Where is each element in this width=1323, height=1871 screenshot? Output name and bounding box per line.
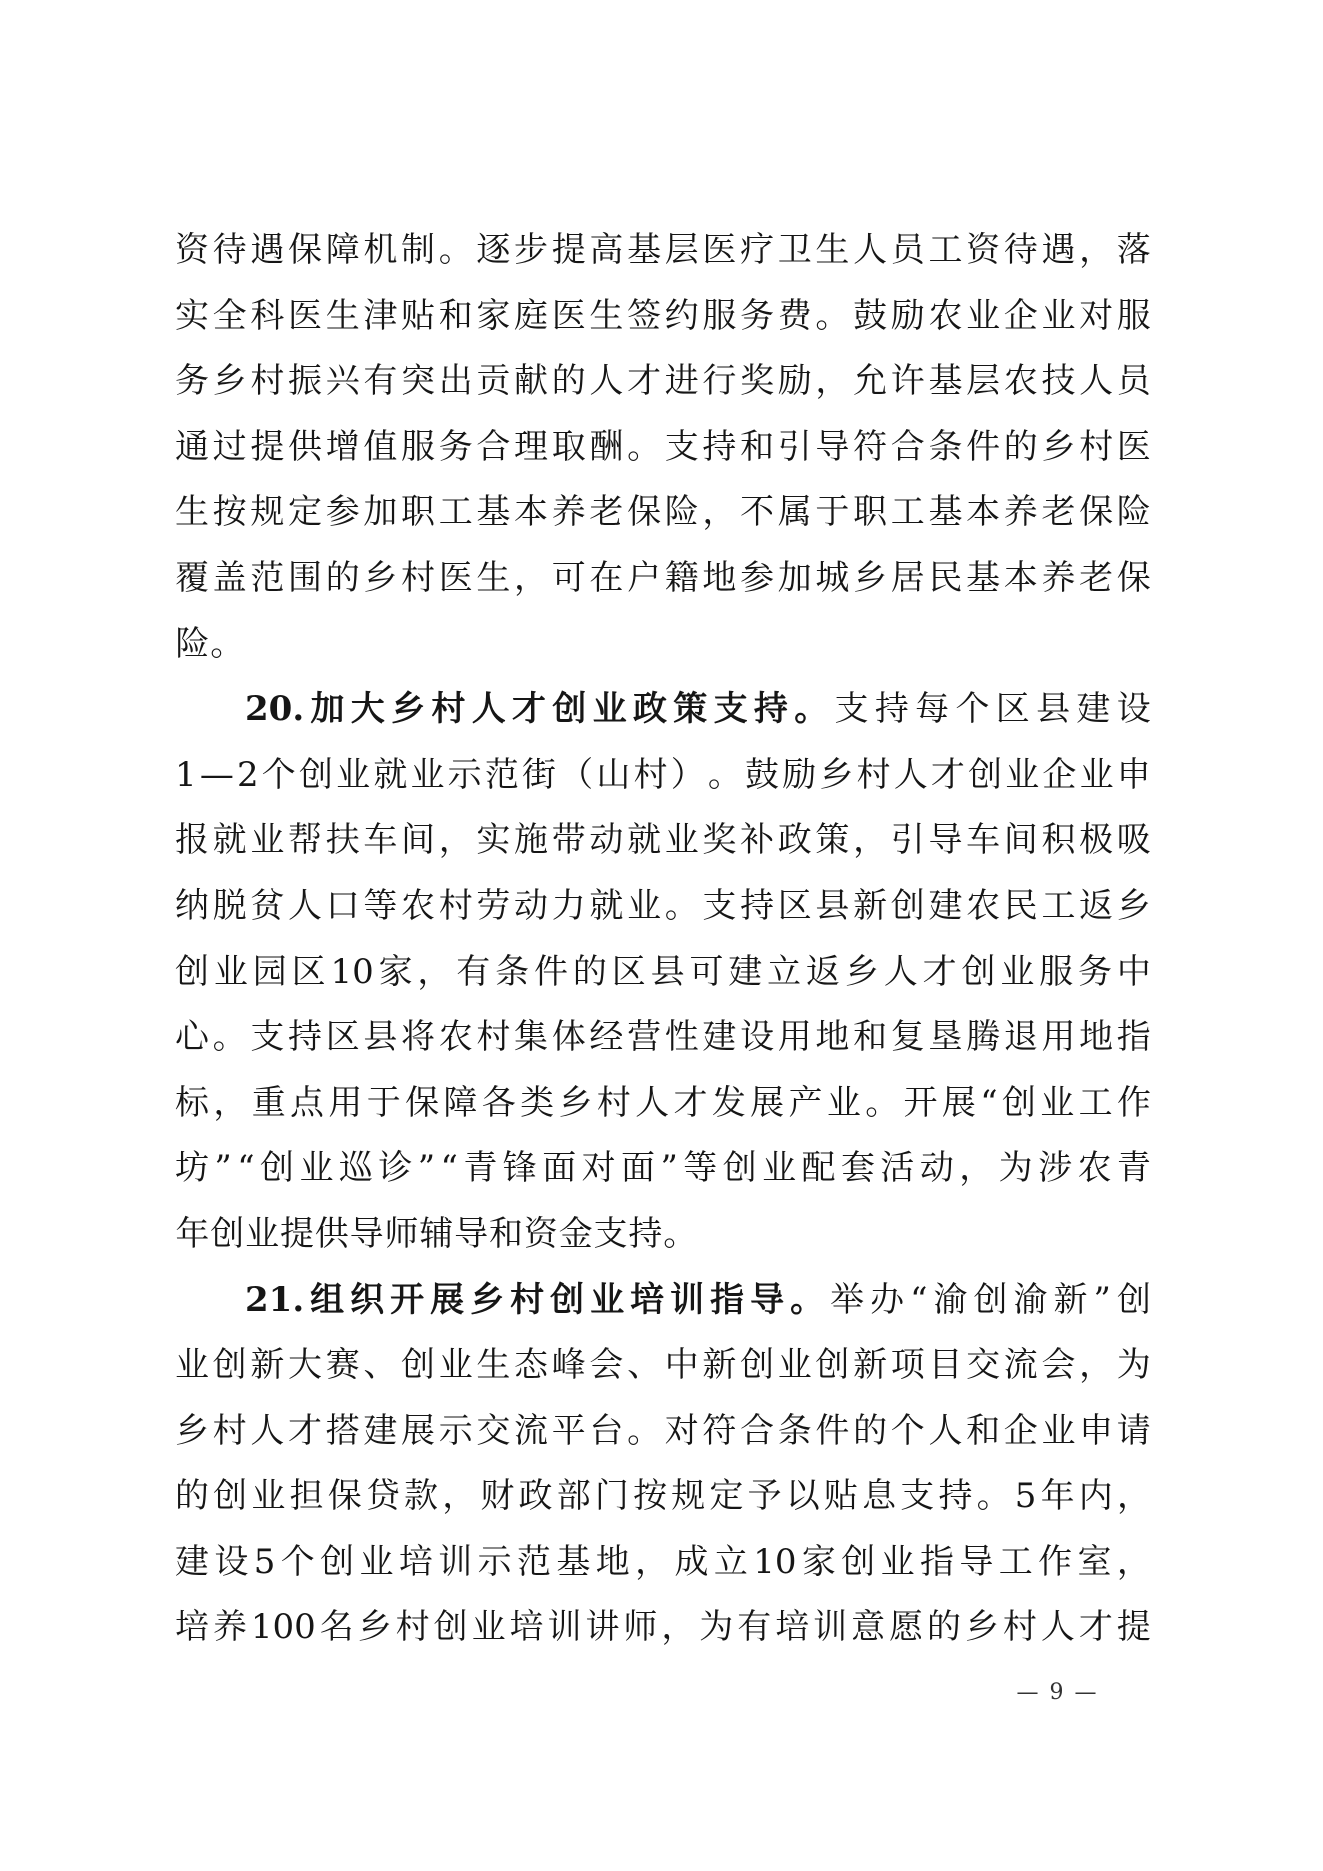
text-glyph: 个: [262, 743, 296, 809]
text-line: 1—2个创业就业示范街（山村）。鼓励乡村人才创业企业申: [175, 743, 1151, 809]
text-glyph: 村: [213, 1399, 247, 1465]
text-glyph: 员: [891, 218, 925, 284]
text-glyph: 指: [1117, 1005, 1151, 1071]
text-glyph: 创: [974, 1268, 1008, 1334]
text-glyph: 生: [476, 546, 510, 612]
text-line: 培养100名乡村创业培训讲师，为有培训意愿的乡村人才提: [175, 1595, 1151, 1661]
text-glyph: 成: [675, 1530, 709, 1596]
text-glyph: 对: [1079, 284, 1113, 350]
text-glyph: 为: [699, 1595, 733, 1661]
text-glyph: 补: [740, 808, 774, 874]
text-glyph: 定: [288, 480, 322, 546]
text-line: 报就业帮扶车间，实施带动就业奖补政策，引导车间积极吸: [175, 808, 1151, 874]
section-heading-glyph: 村: [510, 1268, 544, 1334]
text-glyph: 村: [476, 1005, 510, 1071]
section-heading-glyph: 指: [710, 1268, 744, 1334]
text-glyph: 讲: [585, 1595, 619, 1661]
text-glyph: 生: [476, 1333, 510, 1399]
section-heading-glyph: 人: [472, 677, 506, 743]
text-glyph: ，: [959, 1136, 993, 1202]
text-glyph: 中: [1117, 940, 1151, 1006]
text-glyph: 才: [923, 940, 957, 1006]
text-glyph: 5: [1015, 1464, 1037, 1530]
text-glyph: 待: [1004, 218, 1038, 284]
text-glyph: 贡: [476, 349, 510, 415]
section-heading-glyph: 创: [550, 1268, 584, 1334]
text-glyph: 峰: [552, 1333, 586, 1399]
text-glyph: 务: [439, 415, 473, 481]
text-glyph: 于: [815, 480, 849, 546]
text-line: 建设5个创业培训示范基地，成立10家创业指导工作室，: [175, 1530, 1151, 1596]
text-glyph: 按: [633, 1464, 667, 1530]
text-glyph: 理: [514, 415, 548, 481]
text-glyph: 区: [326, 1005, 360, 1071]
text-glyph: 。: [213, 1005, 247, 1071]
text-glyph: 县: [815, 874, 849, 940]
text-glyph: 部: [557, 1464, 591, 1530]
text-glyph: 允: [853, 349, 887, 415]
text-glyph: 帮: [288, 808, 322, 874]
text-glyph: 乡: [965, 1595, 999, 1661]
text-glyph: 创: [401, 1333, 435, 1399]
text-glyph: 展: [750, 1071, 784, 1137]
text-glyph: 业: [1000, 940, 1034, 1006]
text-glyph: 制: [401, 218, 435, 284]
text-glyph: 政: [778, 808, 812, 874]
text-glyph: 技: [1041, 349, 1075, 415]
text-glyph: ，: [1079, 218, 1113, 284]
text-glyph: 人: [1041, 1595, 1075, 1661]
text-glyph: 业: [250, 808, 284, 874]
document-page: 资待遇保障机制。逐步提高基层医疗卫生人员工资待遇，落实全科医生津贴和家庭医生签约…: [0, 0, 1323, 1871]
text-glyph: 力: [552, 874, 586, 940]
text-glyph: 资: [966, 218, 1000, 284]
text-glyph: 门: [595, 1464, 629, 1530]
text-glyph: 山: [596, 743, 630, 809]
text-glyph: ）: [671, 743, 705, 809]
text-glyph: 创: [434, 1595, 468, 1661]
text-glyph: 对: [582, 1136, 616, 1202]
text-glyph: 医: [702, 218, 736, 284]
text-glyph: 园: [253, 940, 287, 1006]
text-glyph: 通: [175, 415, 209, 481]
text-glyph: 培: [510, 1595, 544, 1661]
text-glyph: 5: [254, 1530, 276, 1596]
text-glyph: 将: [401, 1005, 435, 1071]
text-glyph: 服: [702, 284, 736, 350]
text-glyph: 工: [1041, 874, 1075, 940]
text-glyph: 室: [1078, 1530, 1112, 1596]
text-glyph: 指: [920, 1530, 954, 1596]
text-glyph: 突: [401, 349, 435, 415]
text-glyph: 款: [404, 1464, 438, 1530]
text-glyph: 。: [439, 218, 473, 284]
text-glyph: 供: [288, 415, 322, 481]
text-glyph: 合: [476, 415, 510, 481]
text-glyph: 符: [853, 415, 887, 481]
text-glyph: 乡: [358, 1595, 392, 1661]
text-glyph: 科: [250, 284, 284, 350]
text-glyph: 工: [999, 1530, 1033, 1596]
text-glyph: 可: [689, 940, 723, 1006]
text-glyph: 生: [175, 480, 209, 546]
text-glyph: 条: [778, 1399, 812, 1465]
text-glyph: 值: [363, 415, 397, 481]
text-glyph: 卫: [778, 218, 812, 284]
text-glyph: 10: [330, 940, 373, 1006]
text-glyph: 养: [552, 480, 586, 546]
text-glyph: 农: [1004, 349, 1038, 415]
text-glyph: 定: [709, 1464, 743, 1530]
text-glyph: 障: [443, 1071, 477, 1137]
text-glyph: 老: [589, 480, 623, 546]
text-line: 业创新大赛、创业生态峰会、中新创业创新项目交流会，为: [175, 1333, 1151, 1399]
text-glyph: 业: [827, 1071, 861, 1137]
text-glyph: 新: [250, 1333, 284, 1399]
text-glyph: 城: [815, 546, 849, 612]
text-glyph: 就: [373, 743, 407, 809]
text-glyph: 。: [663, 1202, 698, 1268]
text-glyph: 新: [853, 874, 887, 940]
text-glyph: 业: [778, 1333, 812, 1399]
text-glyph: ，: [1079, 1333, 1113, 1399]
text-glyph: 性: [665, 1005, 699, 1071]
text-glyph: 增: [326, 415, 360, 481]
text-glyph: 于: [367, 1071, 401, 1137]
text-glyph: 职: [853, 480, 887, 546]
text-glyph: 劳: [476, 874, 510, 940]
text-glyph: 加: [778, 546, 812, 612]
text-glyph: 、: [627, 1333, 661, 1399]
text-glyph: 鼓: [853, 284, 887, 350]
text-glyph: 户: [627, 546, 661, 612]
text-glyph: 创: [1117, 1268, 1151, 1334]
text-glyph: 贫: [250, 874, 284, 940]
text-glyph: 10: [753, 1530, 796, 1596]
text-glyph: 业: [966, 284, 1000, 350]
text-glyph: 励: [782, 743, 816, 809]
text-glyph: 为: [999, 1136, 1033, 1202]
text-glyph: 支: [835, 677, 869, 743]
text-glyph: 100: [251, 1595, 316, 1661]
text-line: 坊”“创业巡诊”“青锋面对面”等创业配套活动，为涉农青: [175, 1136, 1151, 1202]
text-glyph: 建: [928, 874, 962, 940]
text-glyph: 村: [396, 1595, 430, 1661]
text-glyph: 的: [326, 546, 360, 612]
text-glyph: 企: [1042, 743, 1076, 809]
text-glyph: 流: [514, 1399, 548, 1465]
text-glyph: 面: [542, 1136, 576, 1202]
text-line: 乡村人才搭建展示交流平台。对符合条件的个人和企业申请: [175, 1399, 1151, 1465]
text-glyph: 贴: [824, 1464, 858, 1530]
text-glyph: 办: [870, 1268, 904, 1334]
text-glyph: 业: [360, 1530, 394, 1596]
text-glyph: 可: [552, 546, 586, 612]
text-glyph: 点: [290, 1071, 324, 1137]
text-glyph: 持: [875, 677, 909, 743]
text-glyph: 创: [210, 1202, 245, 1268]
text-glyph: 持: [938, 1464, 972, 1530]
text-glyph: 工: [891, 480, 925, 546]
text-glyph: 规: [671, 1464, 705, 1530]
text-glyph: 人: [288, 874, 322, 940]
section-heading-glyph: 组: [310, 1268, 344, 1334]
text-glyph: 不: [740, 480, 774, 546]
text-glyph: 业: [1040, 1071, 1074, 1137]
text-glyph: 涉: [1038, 1136, 1072, 1202]
text-glyph: 作: [1117, 1071, 1151, 1137]
text-glyph: 的: [853, 1399, 887, 1465]
text-glyph: 条: [928, 415, 962, 481]
text-glyph: 培: [399, 1530, 433, 1596]
text-glyph: 赛: [326, 1333, 360, 1399]
text-glyph: 财: [480, 1464, 514, 1530]
text-glyph: 才: [931, 743, 965, 809]
text-glyph: 个: [955, 677, 989, 743]
text-glyph: 的: [552, 349, 586, 415]
text-glyph: 的: [1004, 415, 1038, 481]
text-glyph: 励: [891, 284, 925, 350]
text-glyph: 签: [627, 284, 661, 350]
text-glyph: 和: [853, 1005, 887, 1071]
text-glyph: 合: [891, 415, 925, 481]
text-glyph: 街: [522, 743, 556, 809]
text-glyph: 创: [968, 743, 1002, 809]
text-glyph: 对: [665, 1399, 699, 1465]
text-glyph: 人: [589, 349, 623, 415]
text-glyph: 养: [1041, 546, 1075, 612]
text-glyph: 业: [1080, 743, 1114, 809]
text-glyph: 村: [1003, 1595, 1037, 1661]
text-glyph: 围: [288, 546, 322, 612]
text-glyph: 参: [326, 480, 360, 546]
text-glyph: 规: [250, 480, 284, 546]
text-glyph: 创: [213, 1333, 247, 1399]
text-glyph: 培: [775, 1595, 809, 1661]
text-glyph: 本: [1004, 546, 1038, 612]
text-glyph: 范: [485, 743, 519, 809]
text-glyph: 动: [920, 1136, 954, 1202]
text-glyph: 参: [740, 546, 774, 612]
text-glyph: 全: [213, 284, 247, 350]
text-glyph: 巡: [339, 1136, 373, 1202]
text-glyph: 交: [476, 1399, 510, 1465]
text-glyph: 报: [175, 808, 209, 874]
text-glyph: （: [559, 743, 593, 809]
text-glyph: 行: [702, 349, 736, 415]
text-glyph: 师: [384, 1202, 419, 1268]
text-glyph: 创: [320, 1530, 354, 1596]
text-glyph: 作: [1038, 1530, 1072, 1596]
text-glyph: 遇: [250, 218, 284, 284]
text-glyph: 范: [250, 546, 284, 612]
text-glyph: 保: [405, 1071, 439, 1137]
text-glyph: 新: [1054, 1268, 1088, 1334]
text-glyph: “: [980, 1071, 997, 1137]
section-heading-glyph: 持: [754, 677, 788, 743]
text-glyph: 复: [891, 1005, 925, 1071]
text-glyph: 出: [439, 349, 473, 415]
text-glyph: 乡: [845, 940, 879, 1006]
text-glyph: 就: [589, 874, 623, 940]
text-glyph: ，: [702, 480, 736, 546]
text-glyph: 基: [476, 480, 510, 546]
text-glyph: 医: [552, 284, 586, 350]
text-glyph: 业: [1041, 1399, 1075, 1465]
text-glyph: 台: [589, 1399, 623, 1465]
section-heading-glyph: 业: [593, 677, 627, 743]
text-glyph: 策: [815, 808, 849, 874]
text-glyph: 产: [789, 1071, 823, 1137]
text-glyph: 和: [489, 1202, 524, 1268]
section-heading-glyph: 业: [590, 1268, 624, 1334]
text-glyph: ，: [1117, 1530, 1151, 1596]
text-glyph: 服: [1117, 284, 1151, 350]
text-line: 20.加大乡村人才创业政策支持。支持每个区县建设: [175, 677, 1151, 743]
text-glyph: 生: [815, 218, 849, 284]
text-glyph: 提: [1117, 1595, 1151, 1661]
text-glyph: 立: [714, 1530, 748, 1596]
section-heading-glyph: 村: [431, 677, 465, 743]
text-glyph: 酬: [589, 415, 623, 481]
text-glyph: ”: [660, 1136, 677, 1202]
text-glyph: 县: [1036, 677, 1070, 743]
text-glyph: 和: [740, 415, 774, 481]
text-glyph: 交: [966, 1333, 1000, 1399]
text-glyph: 举: [830, 1268, 864, 1334]
text-glyph: 创: [723, 1136, 757, 1202]
text-glyph: 。: [865, 1071, 899, 1137]
text-glyph: 基: [556, 1530, 590, 1596]
text-glyph: 业: [251, 1464, 285, 1530]
text-glyph: 乡: [175, 1399, 209, 1465]
text-glyph: 展: [942, 1071, 976, 1137]
text-glyph: 医: [1117, 415, 1151, 481]
text-glyph: 老: [1041, 480, 1075, 546]
text-glyph: 进: [665, 349, 699, 415]
text-glyph: 服: [1039, 940, 1073, 1006]
text-glyph: 支: [900, 1464, 934, 1530]
text-glyph: 地: [1079, 1005, 1113, 1071]
text-glyph: 就: [627, 808, 661, 874]
text-glyph: 实: [476, 808, 510, 874]
text-glyph: 创: [740, 1333, 774, 1399]
text-glyph: 业: [439, 1333, 473, 1399]
text-glyph: 基: [627, 218, 661, 284]
text-glyph: 提: [250, 415, 284, 481]
text-line: 创业园区10家，有条件的区县可建立返乡人才创业服务中: [175, 940, 1151, 1006]
text-glyph: 保: [1117, 546, 1151, 612]
text-glyph: 培: [175, 1595, 209, 1661]
text-glyph: 庭: [514, 284, 548, 350]
text-glyph: ，: [635, 1530, 669, 1596]
text-glyph: 高: [589, 218, 623, 284]
text-glyph: 坊: [175, 1136, 209, 1202]
text-glyph: 基: [928, 349, 962, 415]
text-glyph: 青: [1117, 1136, 1151, 1202]
text-glyph: 险: [665, 480, 699, 546]
text-glyph: 医: [288, 284, 322, 350]
text-glyph: 村: [250, 349, 284, 415]
text-glyph: 建: [728, 940, 762, 1006]
text-glyph: 业: [410, 743, 444, 809]
text-glyph: 。: [665, 874, 699, 940]
text-glyph: 县: [651, 940, 685, 1006]
text-glyph: 区: [612, 940, 646, 1006]
text-glyph: 才: [1079, 1595, 1113, 1661]
text-glyph: 才: [673, 1071, 707, 1137]
text-glyph: ，: [442, 1464, 476, 1530]
text-glyph: 车: [966, 808, 1000, 874]
text-glyph: 心: [175, 1005, 209, 1071]
text-glyph: 乡: [1041, 415, 1075, 481]
text-glyph: 农: [439, 1005, 473, 1071]
text-glyph: 返: [1079, 874, 1113, 940]
text-glyph: 的: [175, 1464, 209, 1530]
text-glyph: 建: [702, 1005, 736, 1071]
text-glyph: 才: [288, 1399, 322, 1465]
text-glyph: 农: [1078, 1136, 1112, 1202]
text-glyph: 属: [778, 480, 812, 546]
section-heading-glyph: 大: [351, 677, 385, 743]
text-glyph: 乡: [853, 546, 887, 612]
text-glyph: 政: [519, 1464, 553, 1530]
text-glyph: 险: [175, 612, 210, 678]
text-glyph: 励: [778, 349, 812, 415]
text-glyph: 训: [547, 1595, 581, 1661]
text-line: 生按规定参加职工基本养老保险，不属于职工基本养老保险: [175, 480, 1151, 546]
text-glyph: 每: [915, 677, 949, 743]
text-glyph: 创: [841, 1530, 875, 1596]
text-glyph: 个: [891, 1399, 925, 1465]
text-glyph: 县: [363, 1005, 397, 1071]
text-glyph: 的: [573, 940, 607, 1006]
text-glyph: 活: [880, 1136, 914, 1202]
section-heading-glyph: 支: [714, 677, 748, 743]
text-glyph: 民: [1004, 874, 1038, 940]
text-glyph: 费: [778, 284, 812, 350]
text-glyph: ”: [214, 1136, 231, 1202]
text-glyph: 导: [928, 808, 962, 874]
text-glyph: 诊: [378, 1136, 412, 1202]
text-glyph: 创: [175, 940, 209, 1006]
text-glyph: 生: [589, 284, 623, 350]
text-glyph: 腾: [966, 1005, 1000, 1071]
text-glyph: 动: [514, 874, 548, 940]
text-glyph: 符: [702, 1399, 736, 1465]
text-glyph: 为: [1117, 1333, 1151, 1399]
text-glyph: 设: [214, 1530, 248, 1596]
text-glyph: 务: [1078, 940, 1112, 1006]
text-glyph: 务: [740, 284, 774, 350]
text-glyph: 区: [778, 874, 812, 940]
section-heading-glyph: 。: [790, 1268, 824, 1334]
text-glyph: 退: [1004, 1005, 1038, 1071]
text-glyph: 创: [815, 1333, 849, 1399]
text-glyph: 业: [665, 808, 699, 874]
text-glyph: 训: [438, 1530, 472, 1596]
text-glyph: 。: [708, 743, 742, 809]
text-glyph: 障: [326, 218, 360, 284]
text-glyph: 垦: [928, 1005, 962, 1071]
text-glyph: 遇: [1041, 218, 1075, 284]
text-glyph: 企: [1004, 284, 1038, 350]
text-glyph: 重: [252, 1071, 286, 1137]
section-heading-glyph: 乡: [391, 677, 425, 743]
text-line: 心。支持区县将农村集体经营性建设用地和复垦腾退用地指: [175, 1005, 1151, 1071]
text-glyph: 开: [904, 1071, 938, 1137]
text-glyph: 乡: [819, 743, 853, 809]
